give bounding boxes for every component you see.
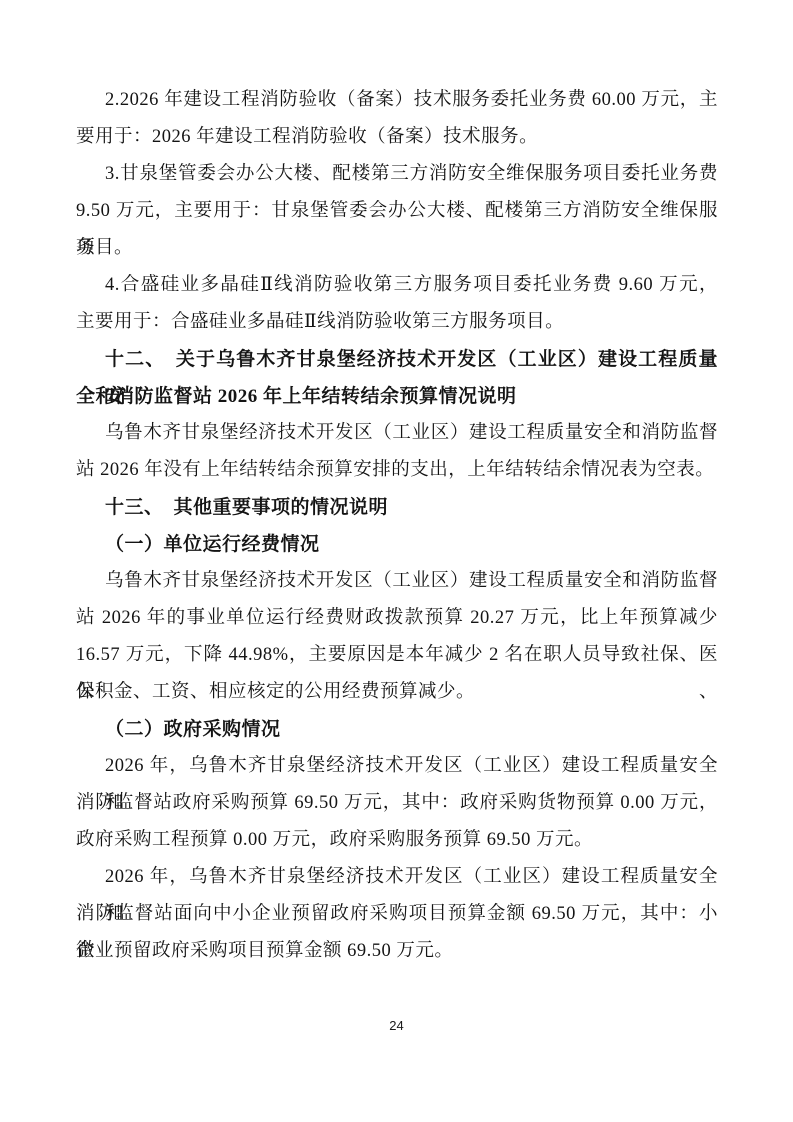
heading-line: 全和消防监督站 2026 年上年结转结余预算情况说明: [76, 378, 718, 415]
paragraph-line: 企业预留政府采购项目预算金额 69.50 万元。: [76, 933, 718, 970]
body-block: 2026 年，乌鲁木齐甘泉堡经济技术开发区（工业区）建设工程质量安全和消防监督站…: [76, 748, 718, 859]
subheading-line: （一）单位运行经费情况: [76, 526, 718, 563]
body-block: 乌鲁木齐甘泉堡经济技术开发区（工业区）建设工程质量安全和消防监督站 2026 年…: [76, 415, 718, 489]
heading-block: 十三、 其他重要事项的情况说明: [76, 489, 718, 526]
body-block: 2026 年，乌鲁木齐甘泉堡经济技术开发区（工业区）建设工程质量安全和消防监督站…: [76, 859, 718, 970]
paragraph-line: 16.57 万元，下降 44.98%，主要原因是本年减少 2 名在职人员导致社保…: [76, 637, 718, 674]
paragraph-line: 3.甘泉堡管委会办公大楼、配楼第三方消防安全维保服务项目委托业务费: [76, 156, 718, 193]
body-block: 3.甘泉堡管委会办公大楼、配楼第三方消防安全维保服务项目委托业务费9.50 万元…: [76, 156, 718, 267]
paragraph-line: 政府采购工程预算 0.00 万元，政府采购服务预算 69.50 万元。: [76, 822, 718, 859]
paragraph-line: 9.50 万元，主要用于：甘泉堡管委会办公大楼、配楼第三方消防安全维保服务: [76, 193, 718, 230]
body-block: 乌鲁木齐甘泉堡经济技术开发区（工业区）建设工程质量安全和消防监督站 2026 年…: [76, 563, 718, 711]
paragraph-line: 2.2026 年建设工程消防验收（备案）技术服务委托业务费 60.00 万元，主: [76, 82, 718, 119]
document-page: 2.2026 年建设工程消防验收（备案）技术服务委托业务费 60.00 万元，主…: [0, 0, 793, 1122]
subheading-block: （一）单位运行经费情况: [76, 526, 718, 563]
subheading-line: （二）政府采购情况: [76, 711, 718, 748]
body-block: 2.2026 年建设工程消防验收（备案）技术服务委托业务费 60.00 万元，主…: [76, 82, 718, 156]
subheading-block: （二）政府采购情况: [76, 711, 718, 748]
paragraph-line: 站 2026 年的事业单位运行经费财政拨款预算 20.27 万元，比上年预算减少: [76, 600, 718, 637]
page-footer: 24: [0, 1018, 793, 1033]
paragraph-line: 2026 年，乌鲁木齐甘泉堡经济技术开发区（工业区）建设工程质量安全和: [76, 859, 718, 896]
page-number: 24: [389, 1018, 403, 1033]
heading-line: 十二、 关于乌鲁木齐甘泉堡经济技术开发区（工业区）建设工程质量安: [76, 341, 718, 378]
paragraph-line: 2026 年，乌鲁木齐甘泉堡经济技术开发区（工业区）建设工程质量安全和: [76, 748, 718, 785]
paragraph-line: 乌鲁木齐甘泉堡经济技术开发区（工业区）建设工程质量安全和消防监督: [76, 415, 718, 452]
body-block: 4.合盛硅业多晶硅Ⅱ线消防验收第三方服务项目委托业务费 9.60 万元，主要用于…: [76, 267, 718, 341]
paragraph-line: 主要用于：合盛硅业多晶硅Ⅱ线消防验收第三方服务项目。: [76, 304, 718, 341]
paragraph-line: 乌鲁木齐甘泉堡经济技术开发区（工业区）建设工程质量安全和消防监督: [76, 563, 718, 600]
paragraph-line: 站 2026 年没有上年结转结余预算安排的支出，上年结转结余情况表为空表。: [76, 452, 718, 489]
paragraph-line: 要用于：2026 年建设工程消防验收（备案）技术服务。: [76, 119, 718, 156]
heading-block: 十二、 关于乌鲁木齐甘泉堡经济技术开发区（工业区）建设工程质量安全和消防监督站 …: [76, 341, 718, 415]
paragraph-line: 项目。: [76, 230, 718, 267]
paragraph-line: 消防监督站政府采购预算 69.50 万元，其中：政府采购货物预算 0.00 万元…: [76, 785, 718, 822]
paragraph-line: 消防监督站面向中小企业预留政府采购项目预算金额 69.50 万元，其中：小微: [76, 896, 718, 933]
heading-line: 十三、 其他重要事项的情况说明: [76, 489, 718, 526]
paragraph-line: 4.合盛硅业多晶硅Ⅱ线消防验收第三方服务项目委托业务费 9.60 万元，: [76, 267, 718, 304]
document-body: 2.2026 年建设工程消防验收（备案）技术服务委托业务费 60.00 万元，主…: [76, 82, 718, 970]
